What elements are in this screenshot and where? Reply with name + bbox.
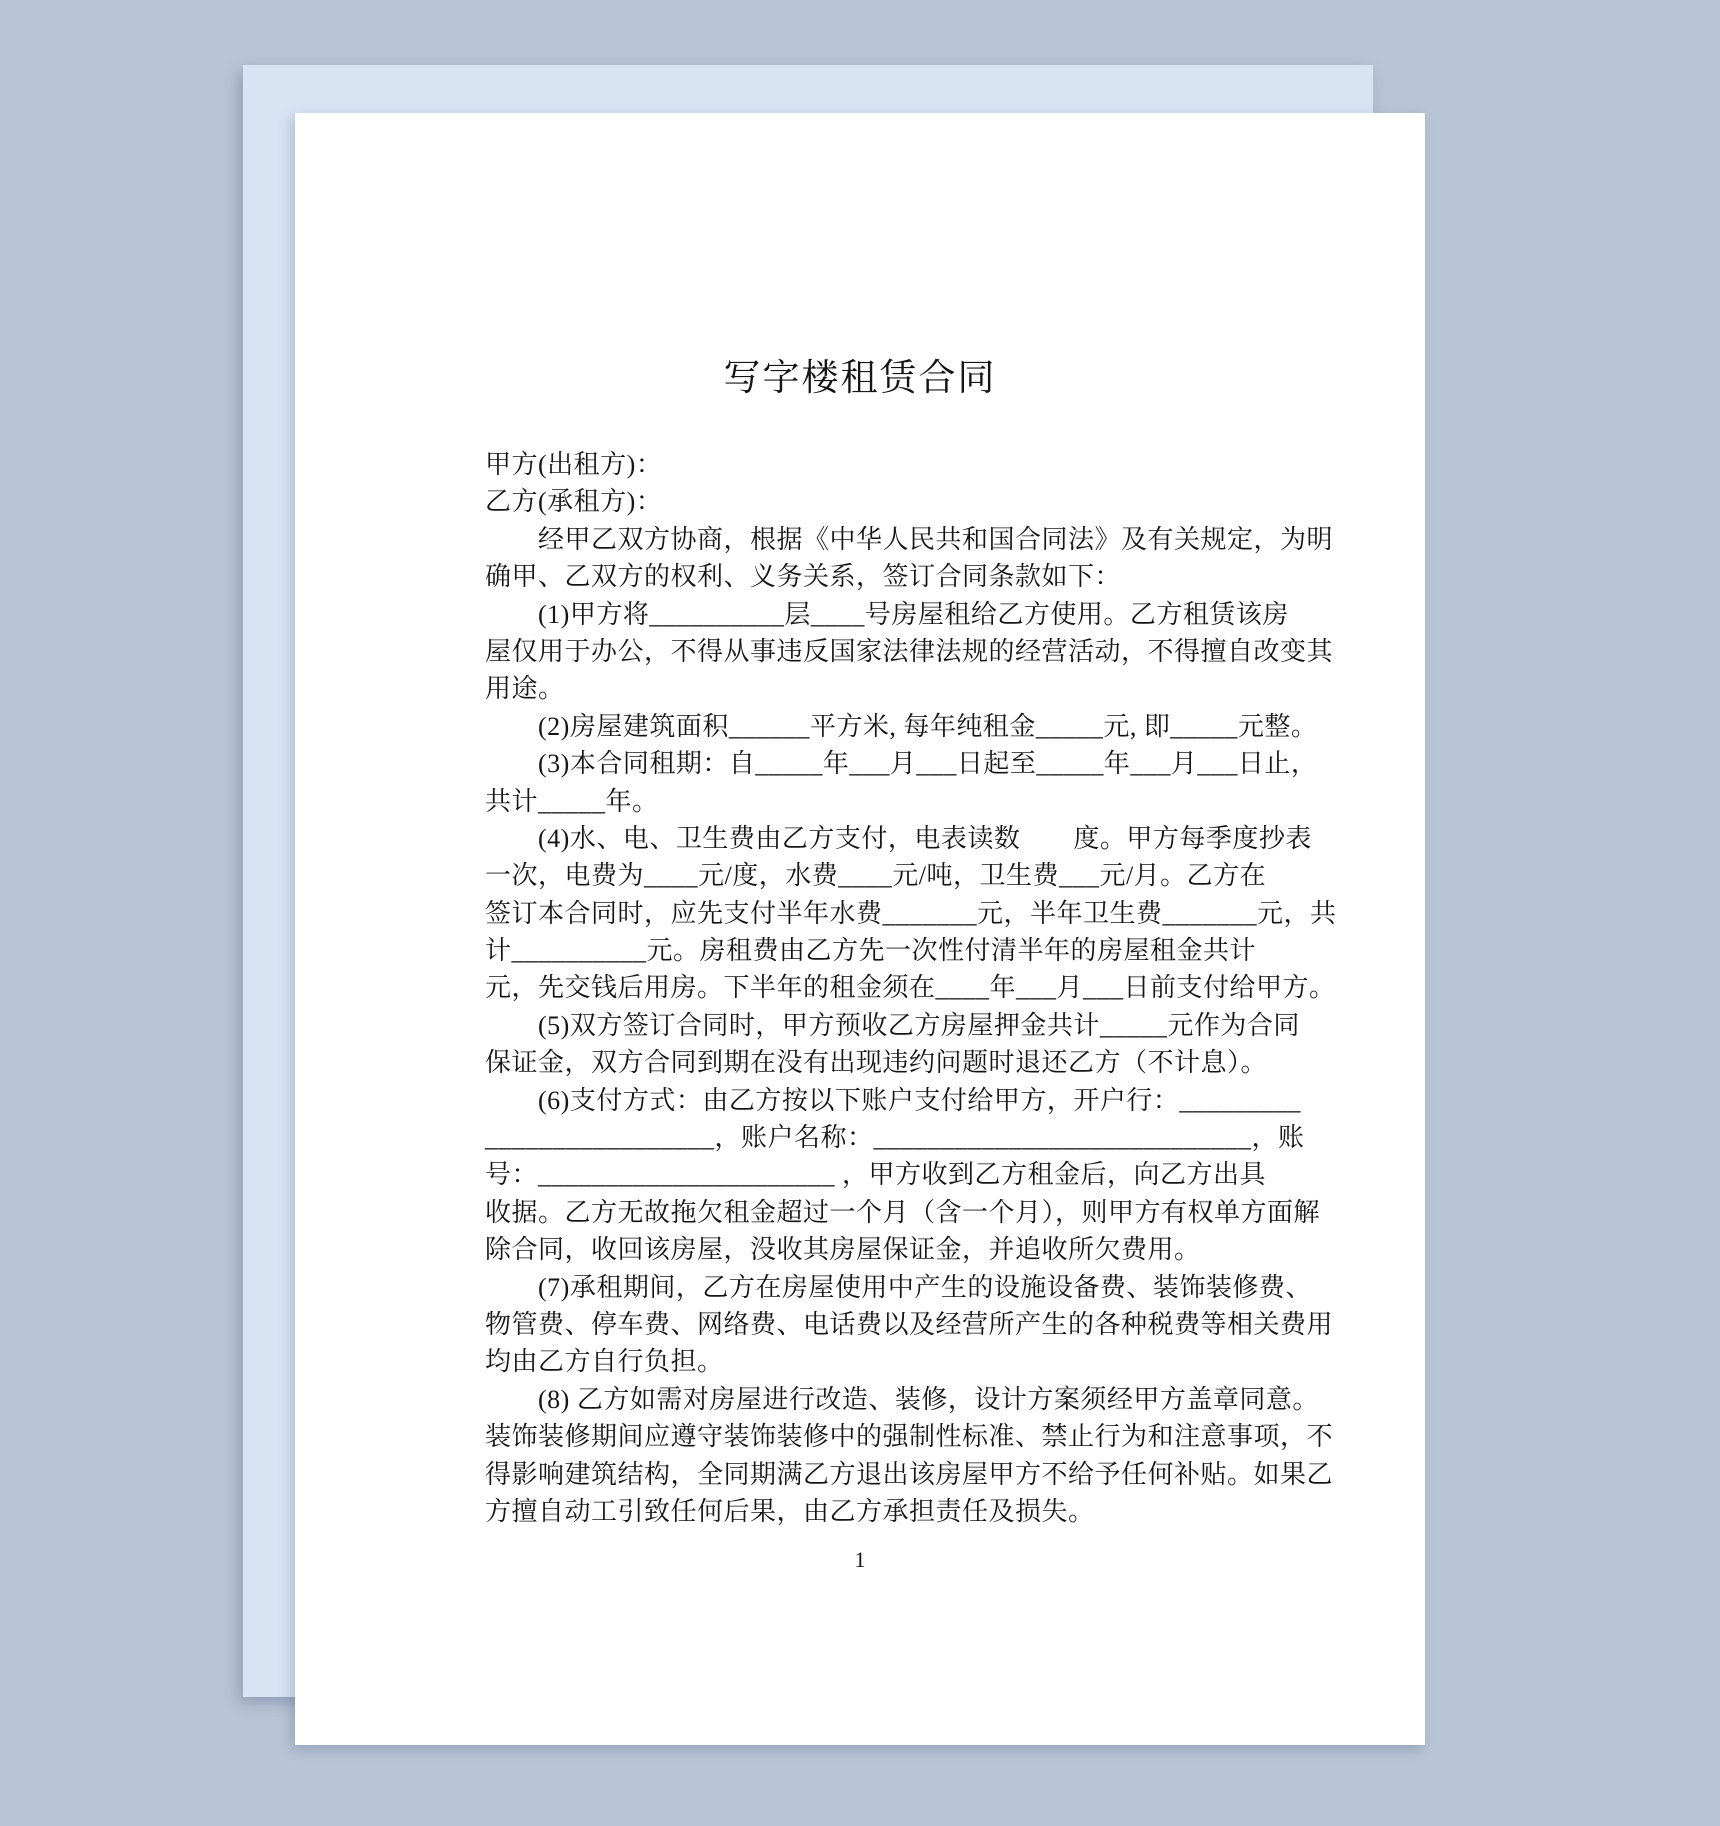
document-line: 经甲乙双方协商，根据《中华人民共和国合同法》及有关规定，为明 xyxy=(485,521,1235,558)
document-line: 方擅自动工引致任何后果，由乙方承担责任及损失。 xyxy=(485,1493,1235,1530)
document-line: 均由乙方自行负担。 xyxy=(485,1343,1235,1380)
document-line: 除合同，收回该房屋，没收其房屋保证金，并追收所欠费用。 xyxy=(485,1231,1235,1268)
document-line: (7)承租期间，乙方在房屋使用中产生的设施设备费、装饰装修费、 xyxy=(485,1269,1235,1306)
document-line: 装饰装修期间应遵守装饰装修中的强制性标准、禁止行为和注意事项，不 xyxy=(485,1418,1235,1455)
document-line: 共计_____年。 xyxy=(485,783,1235,820)
document-line: 确甲、乙双方的权利、义务关系，签订合同条款如下： xyxy=(485,558,1235,595)
document-line: 元，先交钱后用房。下半年的租金须在____年___月___日前支付给甲方。 xyxy=(485,969,1235,1006)
page-number: 1 xyxy=(485,1547,1235,1573)
document-line: 得影响建筑结构，全同期满乙方退出该房屋甲方不给予任何补贴。如果乙 xyxy=(485,1456,1235,1493)
document-line: (6)支付方式：由乙方按以下账户支付给甲方，开户行：_________ xyxy=(485,1082,1235,1119)
document-line: (4)水、电、卫生费由乙方支付，电表读数 度。甲方每季度抄表 xyxy=(485,820,1235,857)
desktop-background: 写字楼租赁合同 甲方(出租方)：乙方(承租方)： 经甲乙双方协商，根据《中华人民… xyxy=(0,0,1720,1826)
contract-title: 写字楼租赁合同 xyxy=(485,113,1235,402)
contract-page: 写字楼租赁合同 甲方(出租方)：乙方(承租方)： 经甲乙双方协商，根据《中华人民… xyxy=(295,113,1425,1745)
document-line: (5)双方签订合同时，甲方预收乙方房屋押金共计_____元作为合同 xyxy=(485,1007,1235,1044)
document-line: 物管费、停车费、网络费、电话费以及经营所产生的各种税费等相关费用 xyxy=(485,1306,1235,1343)
document-line: (2)房屋建筑面积______平方米, 每年纯租金_____元, 即_____元… xyxy=(485,708,1235,745)
document-line: 签订本合同时，应先支付半年水费_______元，半年卫生费_______元，共 xyxy=(485,895,1235,932)
document-line: 一次，电费为____元/度，水费____元/吨，卫生费___元/月。乙方在 xyxy=(485,857,1235,894)
document-line: _________________，账户名称：_________________… xyxy=(485,1119,1235,1156)
document-line: 保证金，双方合同到期在没有出现违约问题时退还乙方（不计息）。 xyxy=(485,1044,1235,1081)
document-line: 用途。 xyxy=(485,670,1235,707)
document-line: (3)本合同租期：自_____年___月___日起至_____年___月___日… xyxy=(485,745,1235,782)
document-line: 计__________元。房租费由乙方先一次性付清半年的房屋租金共计 xyxy=(485,932,1235,969)
document-line: 屋仅用于办公，不得从事违反国家法律法规的经营活动，不得擅自改变其 xyxy=(485,633,1235,670)
document-line: 甲方(出租方)： xyxy=(485,446,1235,483)
contract-body: 甲方(出租方)：乙方(承租方)： 经甲乙双方协商，根据《中华人民共和国合同法》及… xyxy=(485,446,1235,1530)
document-line: 乙方(承租方)： xyxy=(485,483,1235,520)
document-line: (1)甲方将__________层____号房屋租给乙方使用。乙方租赁该房 xyxy=(485,596,1235,633)
document-line: 收据。乙方无故拖欠租金超过一个月（含一个月），则甲方有权单方面解 xyxy=(485,1194,1235,1231)
document-line: 号：______________________ ，甲方收到乙方租金后，向乙方出… xyxy=(485,1156,1235,1193)
document-line: (8) 乙方如需对房屋进行改造、装修，设计方案须经甲方盖章同意。 xyxy=(485,1381,1235,1418)
